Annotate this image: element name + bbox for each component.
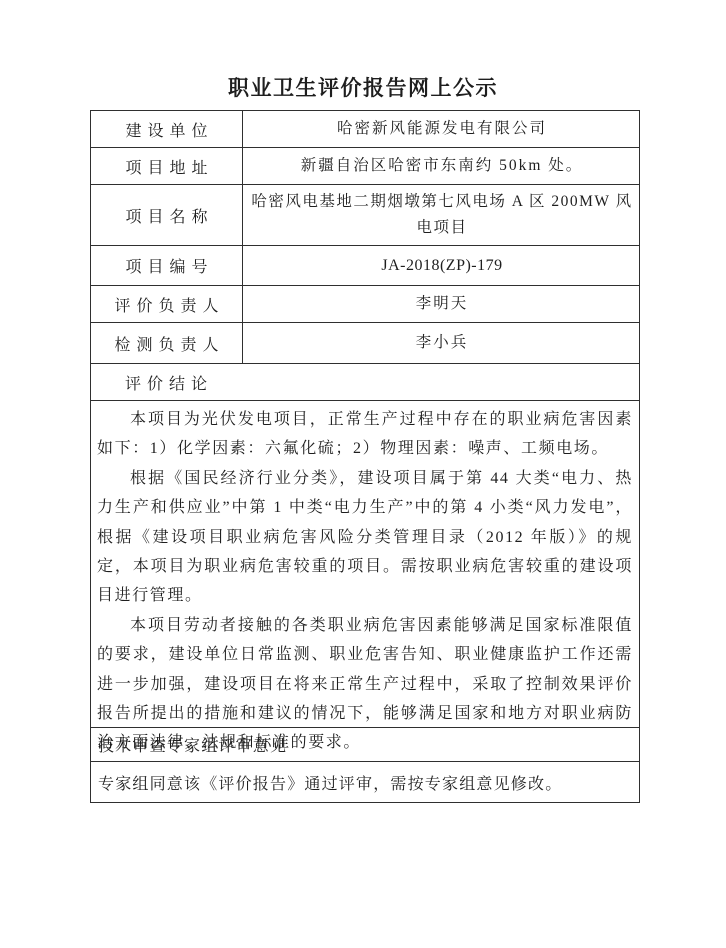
row-testing-lead: 检测负责人 李小兵 bbox=[91, 323, 639, 364]
field-label: 项目编号 bbox=[91, 246, 243, 285]
conclusion-paragraph: 本项目为光伏发电项目，正常生产过程中存在的职业病危害因素如下：1）化学因素：六氟… bbox=[97, 405, 633, 464]
field-value-text: JA-2018(ZP)-179 bbox=[381, 253, 502, 279]
field-value-text: 新疆自治区哈密市东南约 50km 处。 bbox=[301, 153, 584, 179]
page-title: 职业卫生评价报告网上公示 bbox=[0, 72, 726, 102]
field-label: 检测负责人 bbox=[91, 323, 243, 363]
notice-table: 建设单位 哈密新风能源发电有限公司 项目地址 新疆自治区哈密市东南约 50km … bbox=[90, 110, 640, 803]
field-value: 哈密新风能源发电有限公司 bbox=[243, 111, 639, 147]
field-value-text: 哈密新风能源发电有限公司 bbox=[337, 116, 547, 142]
field-label-text: 评价负责人 bbox=[114, 293, 224, 316]
row-construction-unit: 建设单位 哈密新风能源发电有限公司 bbox=[91, 111, 639, 148]
field-label-text: 项目名称 bbox=[125, 204, 213, 227]
field-label: 评价负责人 bbox=[91, 286, 243, 322]
field-label-text: 检测负责人 bbox=[114, 332, 224, 355]
row-project-name: 项目名称 哈密风电基地二期烟墩第七风电场 A 区 200MW 风电项目 bbox=[91, 185, 639, 246]
field-value-text: 李明天 bbox=[416, 291, 469, 317]
review-content: 专家组同意该《评价报告》通过评审，需按专家组意见修改。 bbox=[91, 762, 639, 802]
field-label-text: 项目编号 bbox=[125, 254, 213, 277]
field-label-text: 建设单位 bbox=[125, 118, 213, 141]
field-value: 李明天 bbox=[243, 286, 639, 322]
review-header-text: 技术审查专家组评审意见 bbox=[98, 733, 287, 756]
field-value: 哈密风电基地二期烟墩第七风电场 A 区 200MW 风电项目 bbox=[243, 185, 639, 245]
row-project-number: 项目编号 JA-2018(ZP)-179 bbox=[91, 246, 639, 286]
field-value-text: 李小兵 bbox=[416, 330, 469, 356]
conclusion-body: 本项目为光伏发电项目，正常生产过程中存在的职业病危害因素如下：1）化学因素：六氟… bbox=[91, 401, 639, 727]
row-conclusion-header: 评价结论 bbox=[91, 364, 639, 401]
row-evaluation-lead: 评价负责人 李明天 bbox=[91, 286, 639, 323]
row-conclusion-body: 本项目为光伏发电项目，正常生产过程中存在的职业病危害因素如下：1）化学因素：六氟… bbox=[91, 401, 639, 728]
field-label: 项目名称 bbox=[91, 185, 243, 245]
field-value: JA-2018(ZP)-179 bbox=[243, 246, 639, 285]
review-content-text: 专家组同意该《评价报告》通过评审，需按专家组意见修改。 bbox=[98, 771, 562, 794]
field-label: 建设单位 bbox=[91, 111, 243, 147]
review-header: 技术审查专家组评审意见 bbox=[91, 728, 639, 761]
document-page: 职业卫生评价报告网上公示 建设单位 哈密新风能源发电有限公司 项目地址 新疆自治… bbox=[0, 0, 726, 948]
conclusion-header: 评价结论 bbox=[91, 364, 639, 400]
field-value: 新疆自治区哈密市东南约 50km 处。 bbox=[243, 148, 639, 184]
conclusion-paragraph: 根据《国民经济行业分类》，建设项目属于第 44 大类“电力、热力生产和供应业”中… bbox=[97, 464, 633, 611]
field-value: 李小兵 bbox=[243, 323, 639, 363]
field-label: 项目地址 bbox=[91, 148, 243, 184]
row-project-address: 项目地址 新疆自治区哈密市东南约 50km 处。 bbox=[91, 148, 639, 185]
row-review-header: 技术审查专家组评审意见 bbox=[91, 728, 639, 762]
row-review-content: 专家组同意该《评价报告》通过评审，需按专家组意见修改。 bbox=[91, 762, 639, 802]
conclusion-header-text: 评价结论 bbox=[125, 371, 213, 394]
field-label-text: 项目地址 bbox=[125, 155, 213, 178]
field-value-text: 哈密风电基地二期烟墩第七风电场 A 区 200MW 风电项目 bbox=[247, 189, 637, 241]
